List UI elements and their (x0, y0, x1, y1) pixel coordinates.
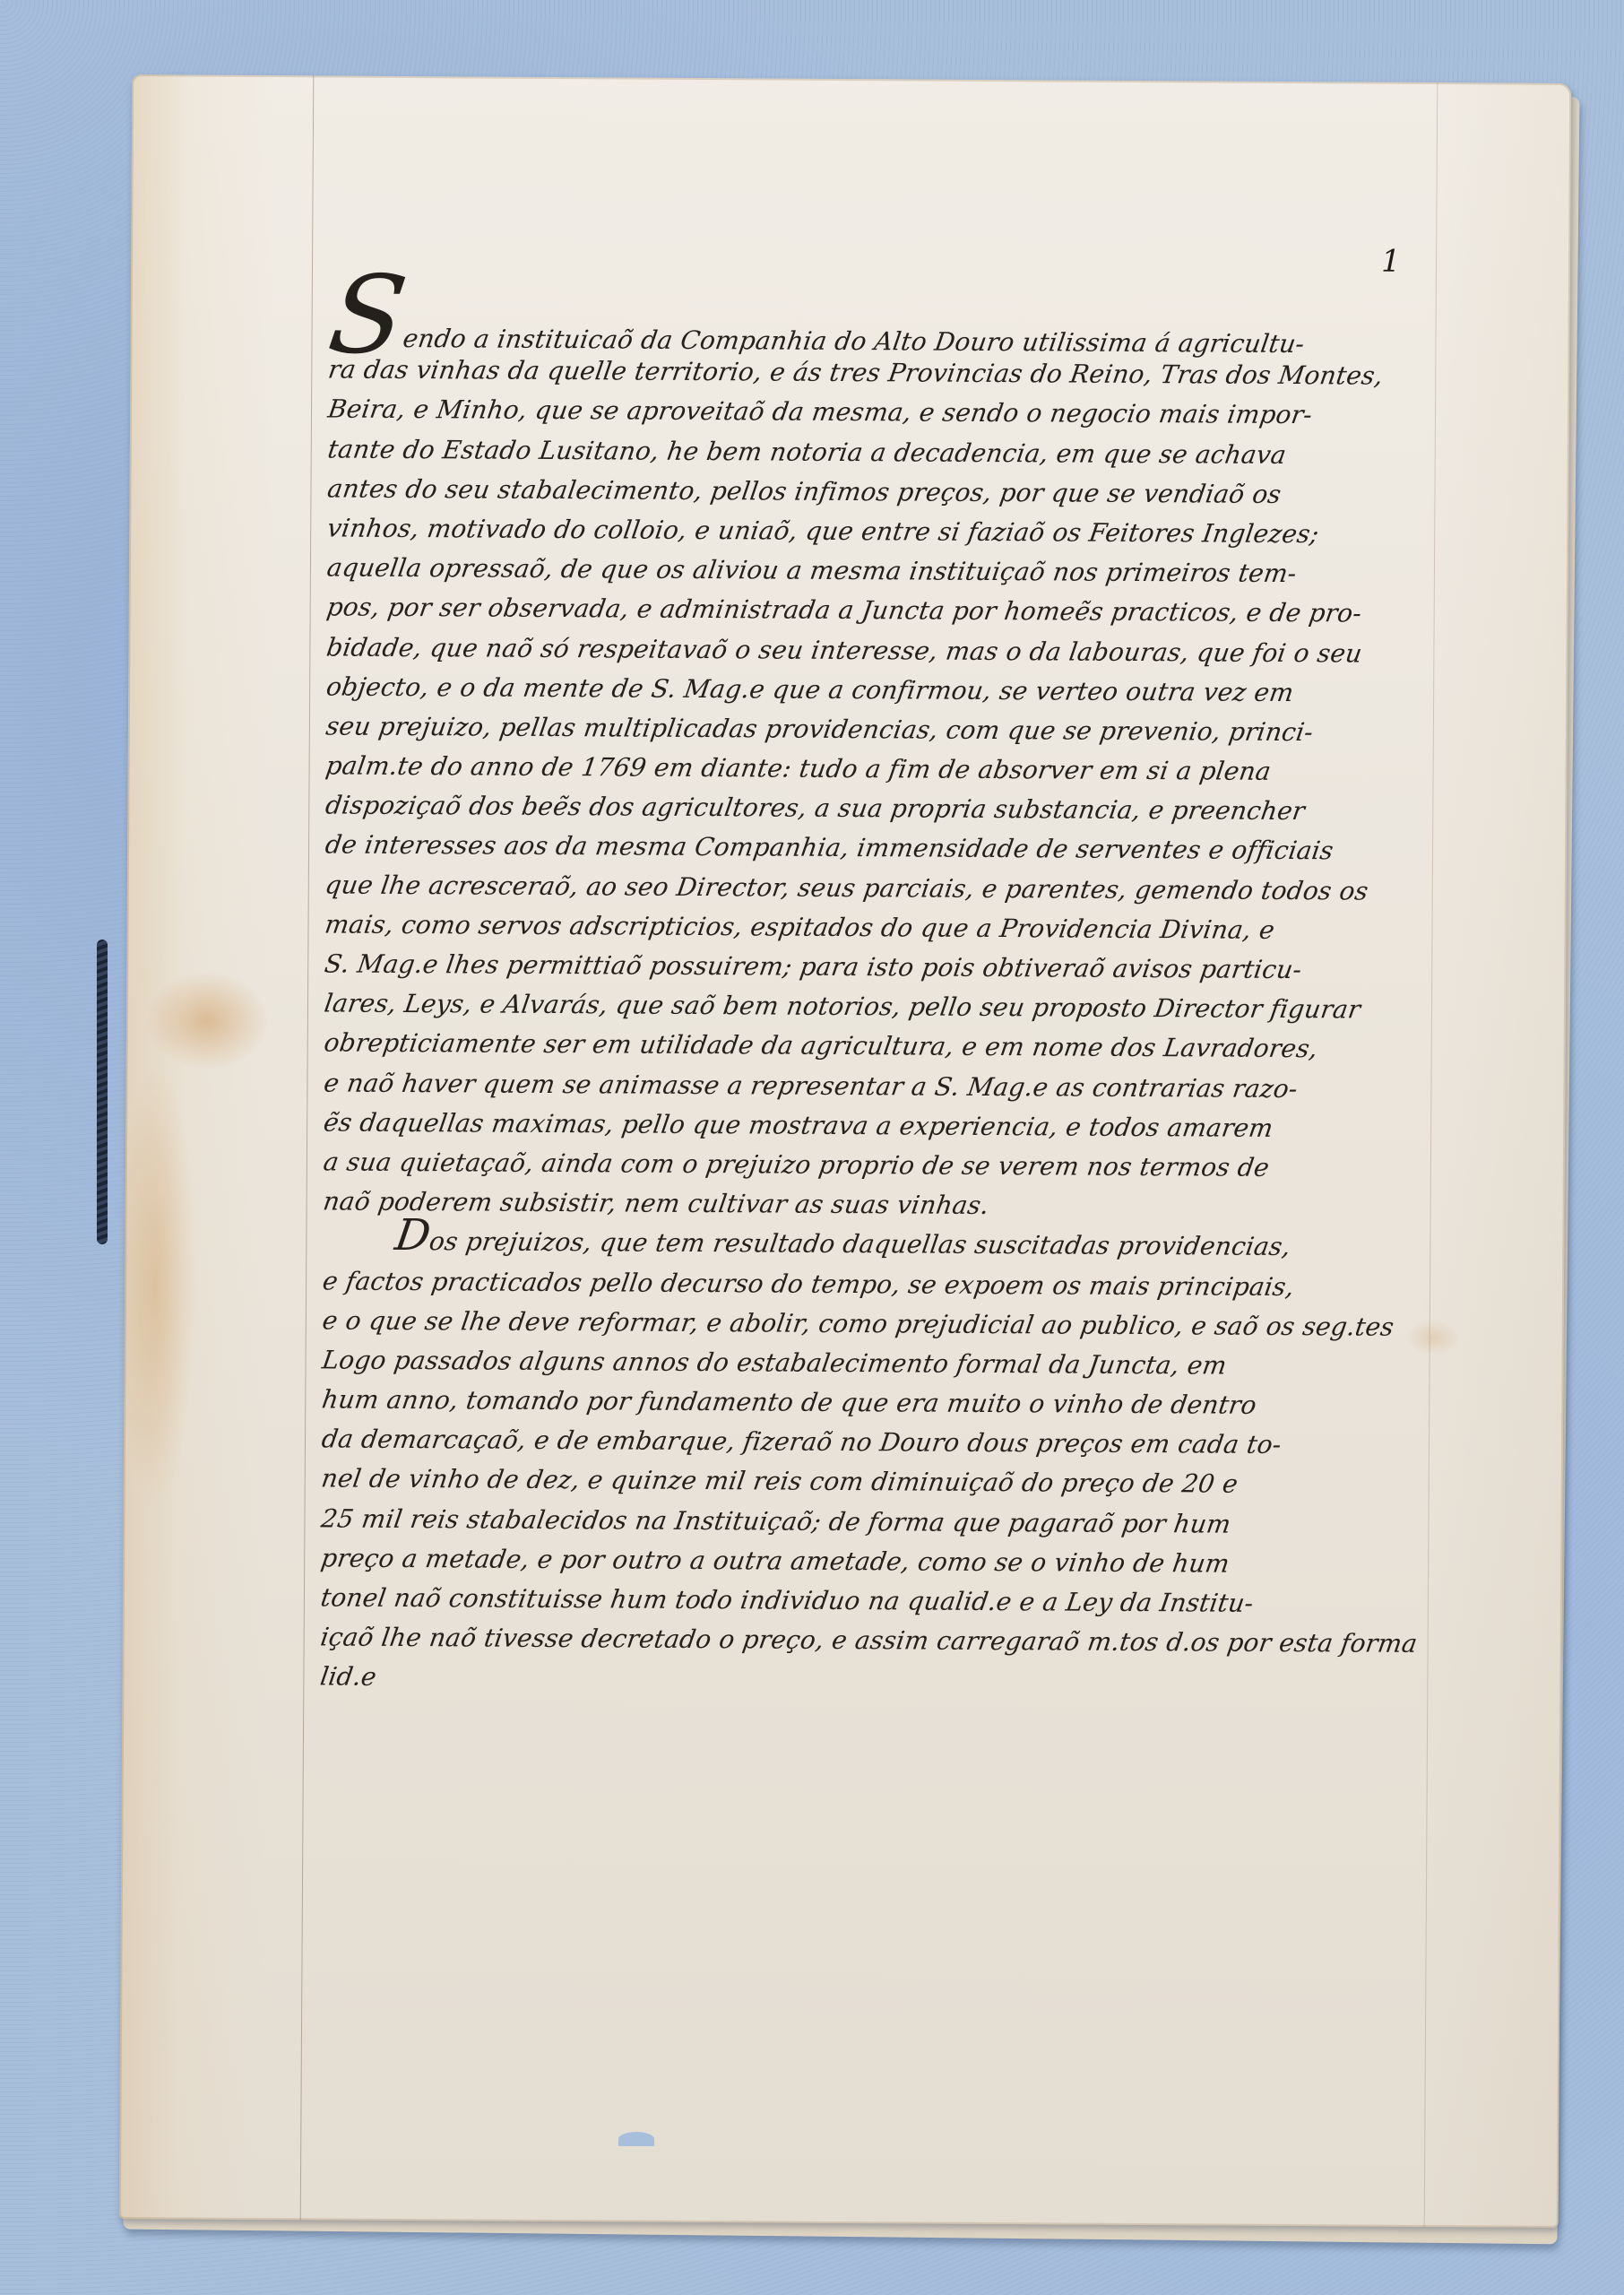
text-line: palm.te do anno de 1769 em diante: tudo … (323, 747, 1448, 793)
text-line: bidade, que naõ só respeitavaõ o seu int… (324, 628, 1449, 674)
text-line: Dos prejuizos, que tem resultado daquell… (320, 1222, 1446, 1269)
text-line: tante do Estado Lusitano, he bem notoria… (325, 429, 1451, 476)
text-line: tonel naõ constituisse hum todo individu… (318, 1578, 1444, 1624)
foxing-stain (115, 1061, 198, 1510)
text-line: lid.e (317, 1658, 1443, 1704)
manuscript-text: Sendo a instituicaõ da Companhia do Alto… (317, 310, 1446, 1703)
text-line: e factos practicados pello decurso do te… (320, 1261, 1446, 1308)
text-line: Sendo a instituicaõ da Companhia do Alto… (325, 310, 1451, 357)
text-line: vinhos, motivado do colloio, e uniaõ, qu… (324, 508, 1450, 555)
text-line: que lhe acresceraõ, ao seo Director, seu… (323, 865, 1448, 912)
text-line: mais, como servos adscripticios, espitad… (322, 905, 1447, 951)
text-line: e o que se lhe deve reformar, e abolir, … (320, 1301, 1446, 1347)
text-line: e naõ haver quem se animasse a represent… (321, 1063, 1447, 1110)
text-line: antes do seu stabalecimento, pellos infi… (324, 469, 1450, 515)
binding-thread (97, 940, 108, 1244)
text-line: nel de vinho de dez, e quinze mil reis c… (319, 1459, 1445, 1506)
text-line: hum anno, tomando por fundamento de que … (319, 1381, 1445, 1427)
left-margin-rule (300, 75, 315, 2220)
manuscript-page: 1 Sendo a instituicaõ da Companhia do Al… (119, 74, 1572, 2228)
text-line: Logo passados alguns annos do estabaleci… (319, 1340, 1445, 1387)
text-line: 25 mil reis stabalecidos na Instituiçaõ;… (318, 1499, 1444, 1546)
text-line: seu prejuizo, pellas multiplicadas provi… (324, 706, 1449, 753)
line-text: os prejuizos, que tem resultado daquella… (428, 1226, 1292, 1261)
text-line: preço a metade, e por outro a outra amet… (318, 1538, 1444, 1585)
text-line: Beira, e Minho, que se aproveitaõ da mes… (325, 390, 1451, 437)
foxing-stain (144, 971, 271, 1070)
text-line: S. Mag.e lhes permittiaõ possuirem; para… (322, 944, 1447, 991)
paper-tear (618, 2132, 654, 2146)
text-line: obrepticiamente ser em utilidade da agri… (322, 1024, 1447, 1070)
page-number: 1 (1381, 244, 1401, 280)
text-line: objecto, e o da mente de S. Mag.e que a … (324, 667, 1449, 714)
text-line: pos, por ser observada, e administrada a… (324, 588, 1450, 635)
paragraph-2: Dos prejuizos, que tem resultado daquell… (317, 1222, 1440, 1704)
paragraph-1: Sendo a instituicaõ da Companhia do Alto… (321, 310, 1447, 1228)
text-line: de interesses aos da mesma Companhia, im… (323, 826, 1448, 872)
text-line: ẽs daquellas maximas, pello que mostrava… (321, 1103, 1447, 1149)
text-line: a sua quietaçaõ, ainda com o prejuizo pr… (321, 1142, 1447, 1189)
